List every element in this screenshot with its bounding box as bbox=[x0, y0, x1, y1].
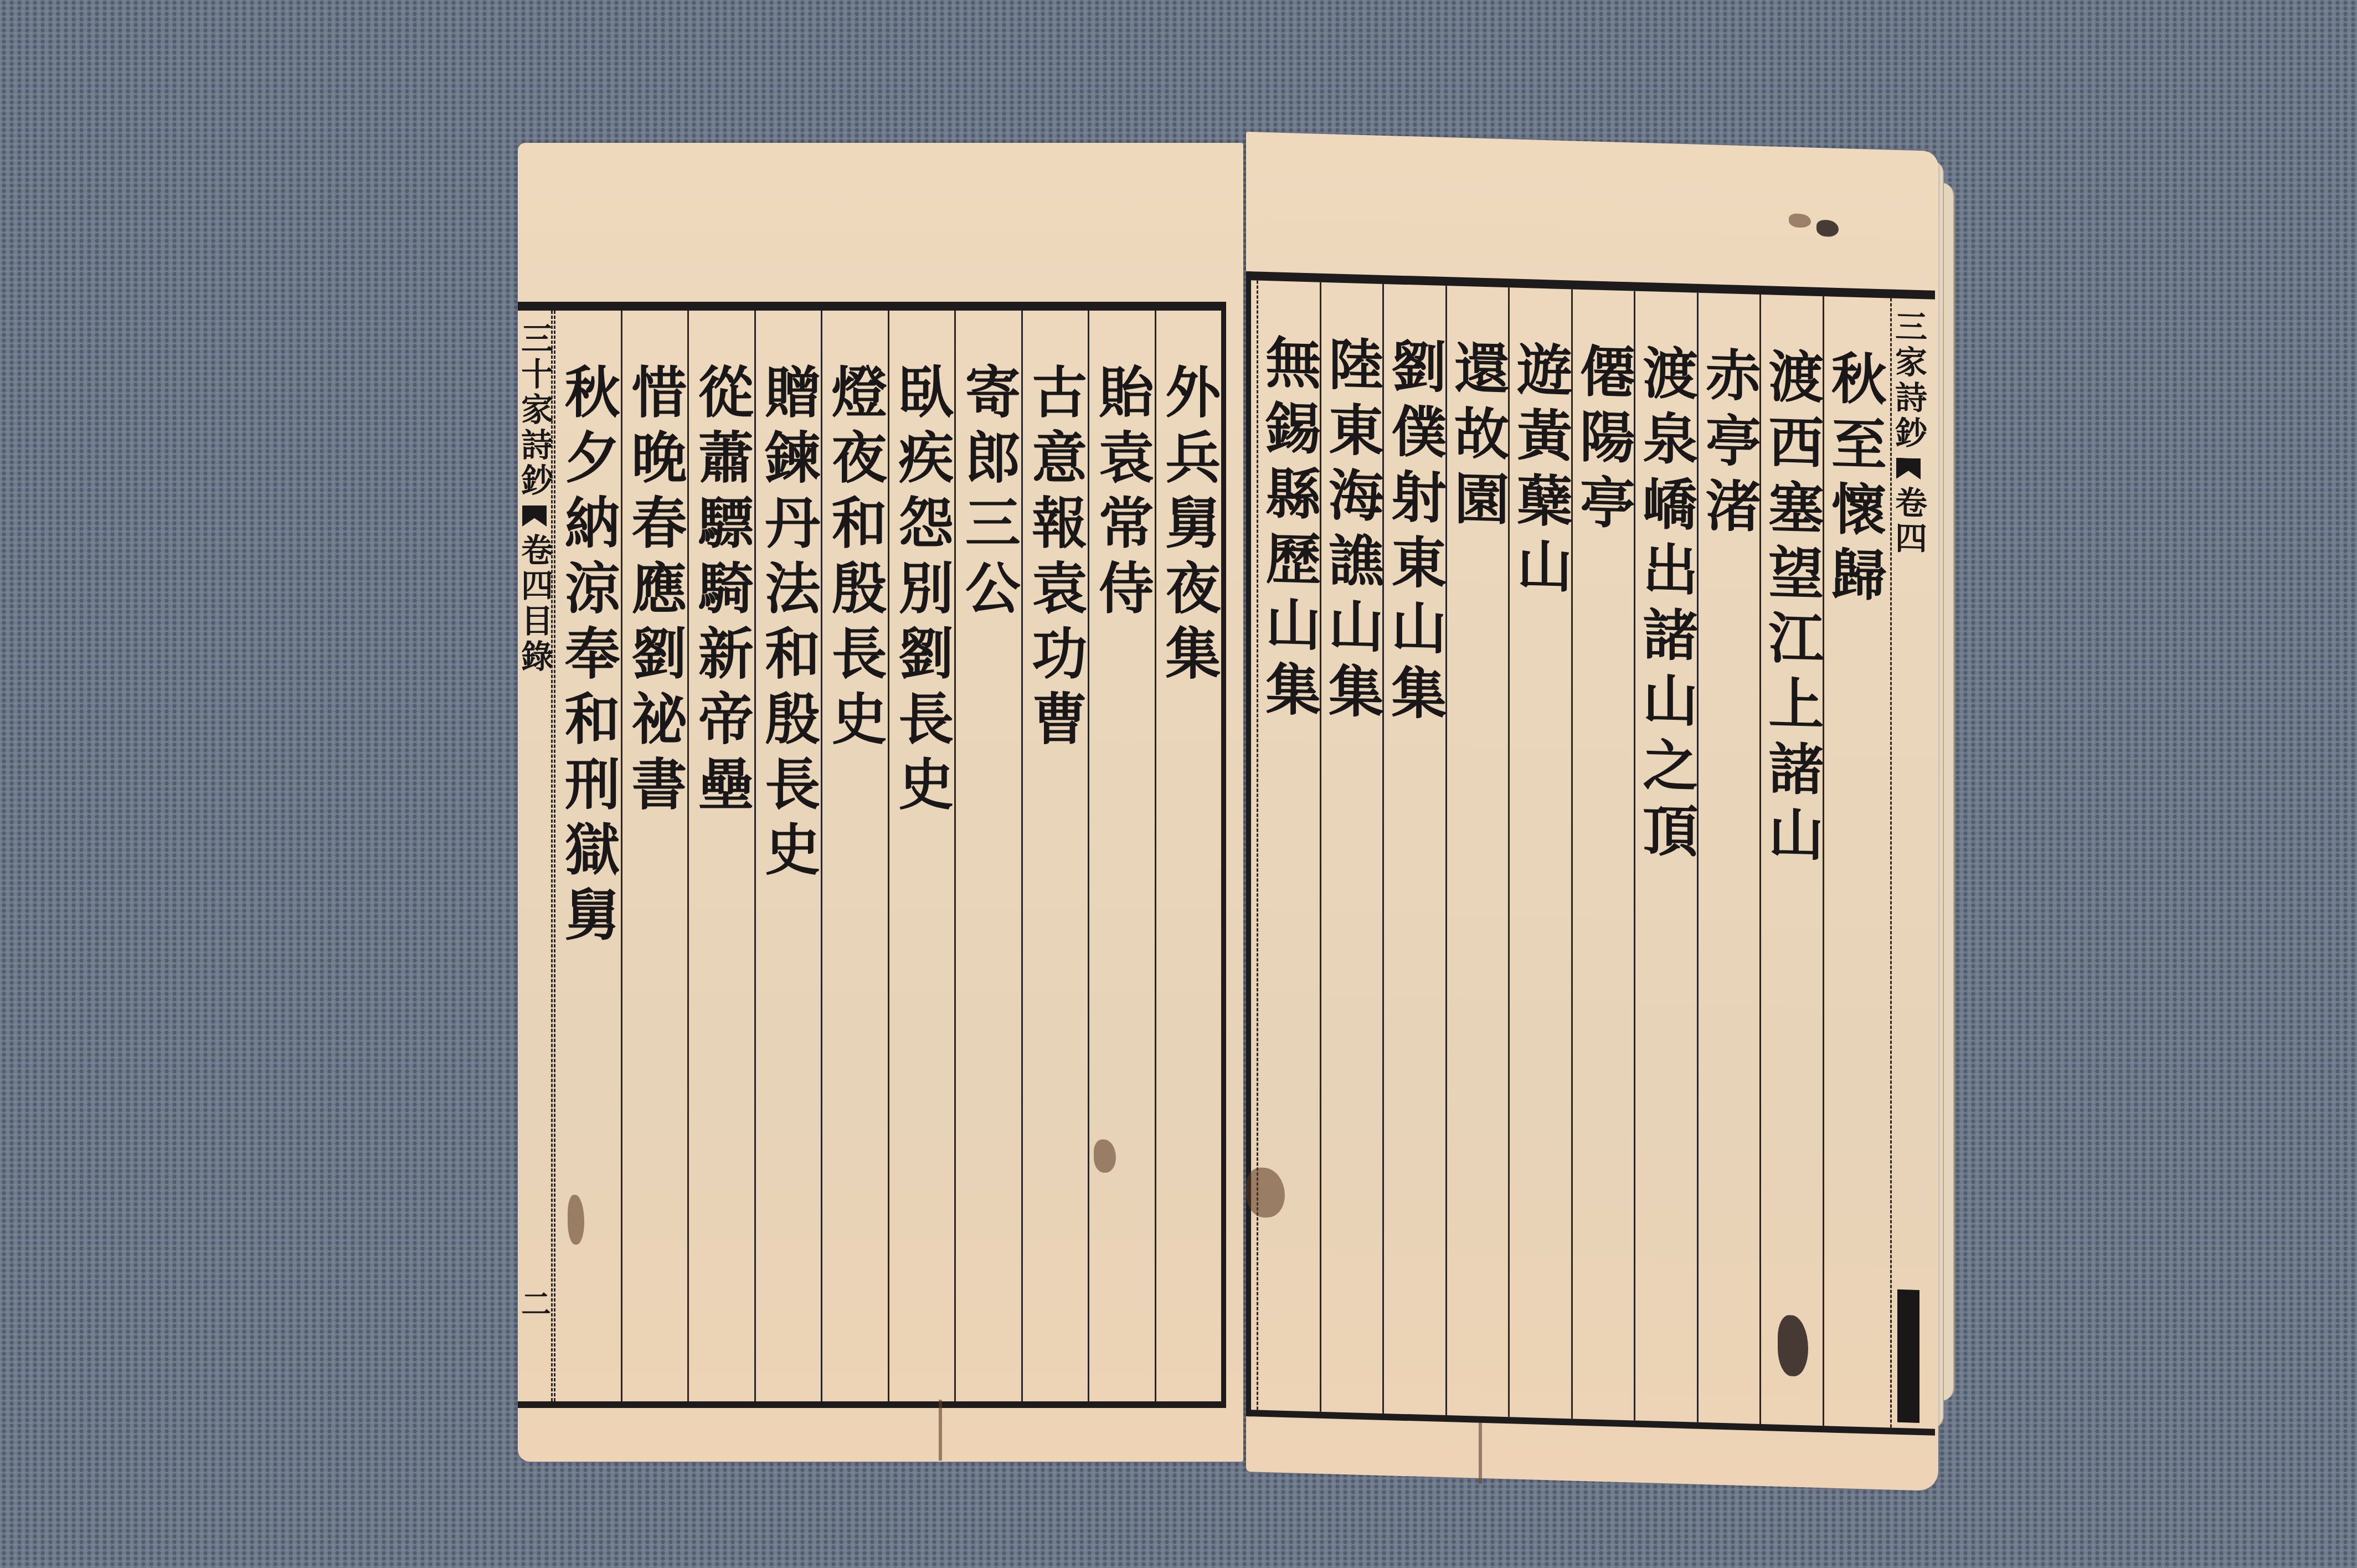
toc-entry: 贈鍊丹法和殷長史 bbox=[754, 311, 821, 1401]
black-mouth-mark bbox=[1897, 1290, 1919, 1423]
toc-entry: 寄郎三公 bbox=[954, 311, 1021, 1401]
right-page-banxin: 三家詩鈔 卷四 bbox=[1890, 298, 1925, 1428]
toc-entry: 古意報袁功曹 bbox=[1021, 311, 1088, 1401]
left-page-frame: 三十家詩鈔 卷四 目錄 二 外兵舅夜集 貽袁常侍 古意報袁功曹 寄郎三公 臥疾怨… bbox=[518, 302, 1226, 1408]
toc-entry-title: 劉僕射東山集 bbox=[1387, 337, 1442, 1415]
toc-entry-title: 僊陽亭 bbox=[1576, 342, 1631, 1421]
banxin-volume: 卷四 bbox=[511, 533, 558, 604]
toc-entry: 赤亭渚 bbox=[1697, 293, 1760, 1424]
toc-entry-title: 秋夕納涼奉和刑獄舅 bbox=[560, 363, 616, 1401]
toc-entry-title: 從蕭驃騎新帝壘 bbox=[694, 363, 749, 1401]
toc-entry: 還故園 bbox=[1445, 286, 1509, 1417]
toc-entry: 貽袁常侍 bbox=[1088, 311, 1155, 1401]
toc-entry: 臥疾怨別劉長史 bbox=[888, 311, 955, 1401]
toc-entry-title: 外兵舅夜集 bbox=[1161, 363, 1216, 1401]
toc-entry-title: 還故園 bbox=[1450, 338, 1505, 1417]
fishtail-icon bbox=[1896, 458, 1921, 479]
toc-entry-title: 秋至懷歸 bbox=[1827, 349, 1882, 1427]
banxin-book-title: 三家詩鈔 bbox=[1885, 309, 1932, 452]
left-page-columns: 外兵舅夜集 貽袁常侍 古意報袁功曹 寄郎三公 臥疾怨別劉長史 燈夜和殷長史 贈鍊… bbox=[554, 311, 1221, 1401]
binding-mark bbox=[1479, 1423, 1482, 1484]
left-page: 三十家詩鈔 卷四 目錄 二 外兵舅夜集 貽袁常侍 古意報袁功曹 寄郎三公 臥疾怨… bbox=[518, 143, 1243, 1462]
toc-entry-title: 贈鍊丹法和殷長史 bbox=[760, 363, 816, 1401]
toc-entry: 遊黃蘖山 bbox=[1508, 287, 1571, 1419]
toc-entry-title: 貽袁常侍 bbox=[1094, 363, 1150, 1401]
toc-entry: 陸東海譙山集 bbox=[1320, 282, 1383, 1414]
banxin-page-number: 二 bbox=[513, 1288, 556, 1318]
toc-entry-title: 遊黃蘖山 bbox=[1512, 340, 1568, 1419]
toc-entry: 渡西塞望江上諸山 bbox=[1759, 295, 1823, 1426]
fishtail-icon bbox=[522, 506, 547, 527]
open-book: 三十家詩鈔 卷四 目錄 二 外兵舅夜集 貽袁常侍 古意報袁功曹 寄郎三公 臥疾怨… bbox=[0, 0, 2357, 1568]
toc-entry: 燈夜和殷長史 bbox=[821, 311, 888, 1401]
toc-entry-title: 渡泉嶠出諸山之頂 bbox=[1638, 344, 1694, 1422]
toc-entry: 無錫縣歷山集 bbox=[1257, 281, 1320, 1412]
toc-entry: 秋夕納涼奉和刑獄舅 bbox=[554, 311, 621, 1401]
toc-entry: 僊陽亭 bbox=[1571, 289, 1634, 1420]
toc-entry: 惜晚春應劉祕書 bbox=[621, 311, 688, 1401]
toc-entry: 從蕭驃騎新帝壘 bbox=[687, 311, 754, 1401]
banxin-section: 目錄 bbox=[511, 604, 558, 675]
banxin-volume: 卷四 bbox=[1885, 485, 1932, 557]
toc-entry-title: 古意報袁功曹 bbox=[1027, 363, 1083, 1401]
toc-entry: 外兵舅夜集 bbox=[1155, 311, 1222, 1401]
toc-entry: 渡泉嶠出諸山之頂 bbox=[1634, 291, 1697, 1422]
toc-entry-title: 陸東海譙山集 bbox=[1324, 335, 1380, 1414]
worm-damage bbox=[1789, 213, 1811, 228]
right-page-frame: 三家詩鈔 卷四 秋至懷歸 渡西塞望江上諸山 赤亭渚 渡泉嶠出諸山之頂 僊陽亭 遊… bbox=[1246, 271, 1935, 1436]
toc-entry-title: 赤亭渚 bbox=[1701, 345, 1757, 1424]
right-page-columns: 秋至懷歸 渡西塞望江上諸山 赤亭渚 渡泉嶠出諸山之頂 僊陽亭 遊黃蘖山 還故園 … bbox=[1257, 281, 1885, 1428]
left-page-banxin: 三十家詩鈔 卷四 目錄 二 bbox=[518, 311, 553, 1401]
toc-entry-title: 燈夜和殷長史 bbox=[827, 363, 883, 1401]
worm-damage bbox=[1816, 220, 1839, 237]
toc-entry: 劉僕射東山集 bbox=[1382, 284, 1445, 1415]
toc-entry-title: 惜晚春應劉祕書 bbox=[627, 363, 682, 1401]
toc-entry-title: 寄郎三公 bbox=[961, 363, 1016, 1401]
banxin-book-title: 三十家詩鈔 bbox=[511, 322, 558, 499]
right-page: 三家詩鈔 卷四 秋至懷歸 渡西塞望江上諸山 赤亭渚 渡泉嶠出諸山之頂 僊陽亭 遊… bbox=[1246, 132, 1938, 1491]
toc-entry-title: 臥疾怨別劉長史 bbox=[894, 363, 949, 1401]
binding-mark bbox=[939, 1400, 942, 1461]
toc-entry-title: 渡西塞望江上諸山 bbox=[1764, 347, 1819, 1426]
toc-entry: 秋至懷歸 bbox=[1823, 296, 1886, 1427]
toc-entry-title: 無錫縣歷山集 bbox=[1261, 333, 1316, 1412]
